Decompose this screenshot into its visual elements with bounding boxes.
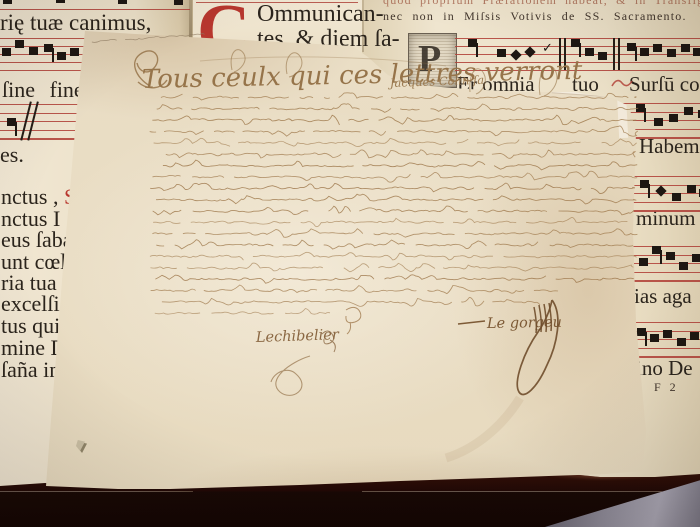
chant-text: rię tuæ canimus, bbox=[0, 11, 151, 34]
chant-text: Ommunican- bbox=[257, 2, 384, 26]
staff-line bbox=[0, 138, 78, 139]
chant-note bbox=[653, 44, 662, 52]
chant-note bbox=[636, 104, 645, 112]
chant-lyric: Surſū co bbox=[629, 74, 700, 95]
chant-text: eus ſaba bbox=[1, 229, 72, 251]
chant-note bbox=[677, 338, 686, 346]
chant-note bbox=[627, 43, 636, 51]
chant-note bbox=[56, 0, 65, 3]
chant-note bbox=[118, 0, 127, 4]
chant-note bbox=[29, 47, 38, 55]
chant-note bbox=[564, 38, 566, 70]
chant-note bbox=[693, 48, 700, 56]
chant-note bbox=[652, 246, 661, 254]
chant-note bbox=[598, 52, 607, 60]
photo-of-parchment-on-antiphonal: rię tuæ canimus, ſine fine es. nctus , S… bbox=[0, 0, 700, 527]
rubric-line: nec non in Miſsis Votivis de SS. Sacrame… bbox=[383, 10, 687, 22]
chant-note bbox=[510, 49, 521, 60]
chant-note bbox=[613, 38, 615, 70]
staff-line bbox=[455, 62, 700, 63]
chant-note bbox=[44, 44, 53, 52]
chant-lyric: tuo bbox=[572, 74, 599, 95]
chant-text: excelſi bbox=[1, 293, 60, 315]
chant-note bbox=[672, 193, 681, 201]
chant-note bbox=[2, 48, 11, 56]
chant-note bbox=[666, 252, 675, 260]
chant-note bbox=[655, 185, 666, 196]
staff-line bbox=[0, 104, 78, 105]
chant-note bbox=[7, 118, 16, 126]
chant-note bbox=[57, 52, 66, 60]
chant-note bbox=[497, 49, 506, 57]
chant-text: tus qui bbox=[1, 315, 60, 337]
staff-line bbox=[0, 130, 78, 131]
chant-text: es. bbox=[0, 144, 24, 166]
chant-note: ✓ bbox=[542, 42, 553, 55]
chant-note bbox=[70, 48, 79, 56]
chant-text: nctus , S bbox=[1, 186, 76, 208]
chant-note bbox=[654, 118, 663, 126]
staff-line bbox=[455, 54, 700, 55]
chant-note bbox=[692, 254, 700, 262]
chant-lyric: ino De bbox=[636, 358, 693, 379]
chant-note bbox=[15, 40, 24, 48]
chant-note bbox=[684, 107, 693, 115]
chant-note bbox=[637, 328, 646, 336]
chant-note bbox=[3, 0, 12, 4]
staff bbox=[0, 9, 190, 11]
chant-note bbox=[559, 38, 561, 70]
chant-text: ſine fine bbox=[2, 79, 84, 101]
chant-note bbox=[571, 39, 580, 47]
staff bbox=[0, 104, 78, 140]
chant-note bbox=[585, 48, 594, 56]
chant-note bbox=[650, 334, 659, 342]
chant-note bbox=[667, 49, 676, 57]
chant-note bbox=[681, 44, 690, 52]
chant-note bbox=[468, 39, 477, 47]
folio-signature: F 2 bbox=[654, 381, 679, 393]
chant-note bbox=[640, 48, 649, 56]
staff: ✓ bbox=[455, 38, 700, 72]
chant-note bbox=[524, 47, 535, 58]
grey-board bbox=[545, 475, 700, 527]
chant-lyric: ias aga bbox=[634, 286, 692, 307]
chant-text: ſaña in bbox=[1, 359, 60, 381]
staff-line bbox=[455, 70, 700, 71]
rubric-line: quod proprium Præfationem habeat, & in T… bbox=[383, 0, 700, 6]
chant-note bbox=[679, 262, 688, 270]
chant-note bbox=[687, 185, 696, 193]
staff-line bbox=[0, 9, 190, 10]
chant-note bbox=[690, 332, 699, 340]
chant-note bbox=[663, 330, 672, 338]
chant-note bbox=[669, 114, 678, 122]
chant-note bbox=[640, 180, 649, 188]
staff-line bbox=[0, 113, 78, 114]
woodcut-initial-P: P bbox=[408, 33, 457, 88]
chant-note bbox=[174, 0, 183, 5]
chant-note bbox=[639, 258, 648, 266]
chant-note bbox=[618, 38, 620, 70]
